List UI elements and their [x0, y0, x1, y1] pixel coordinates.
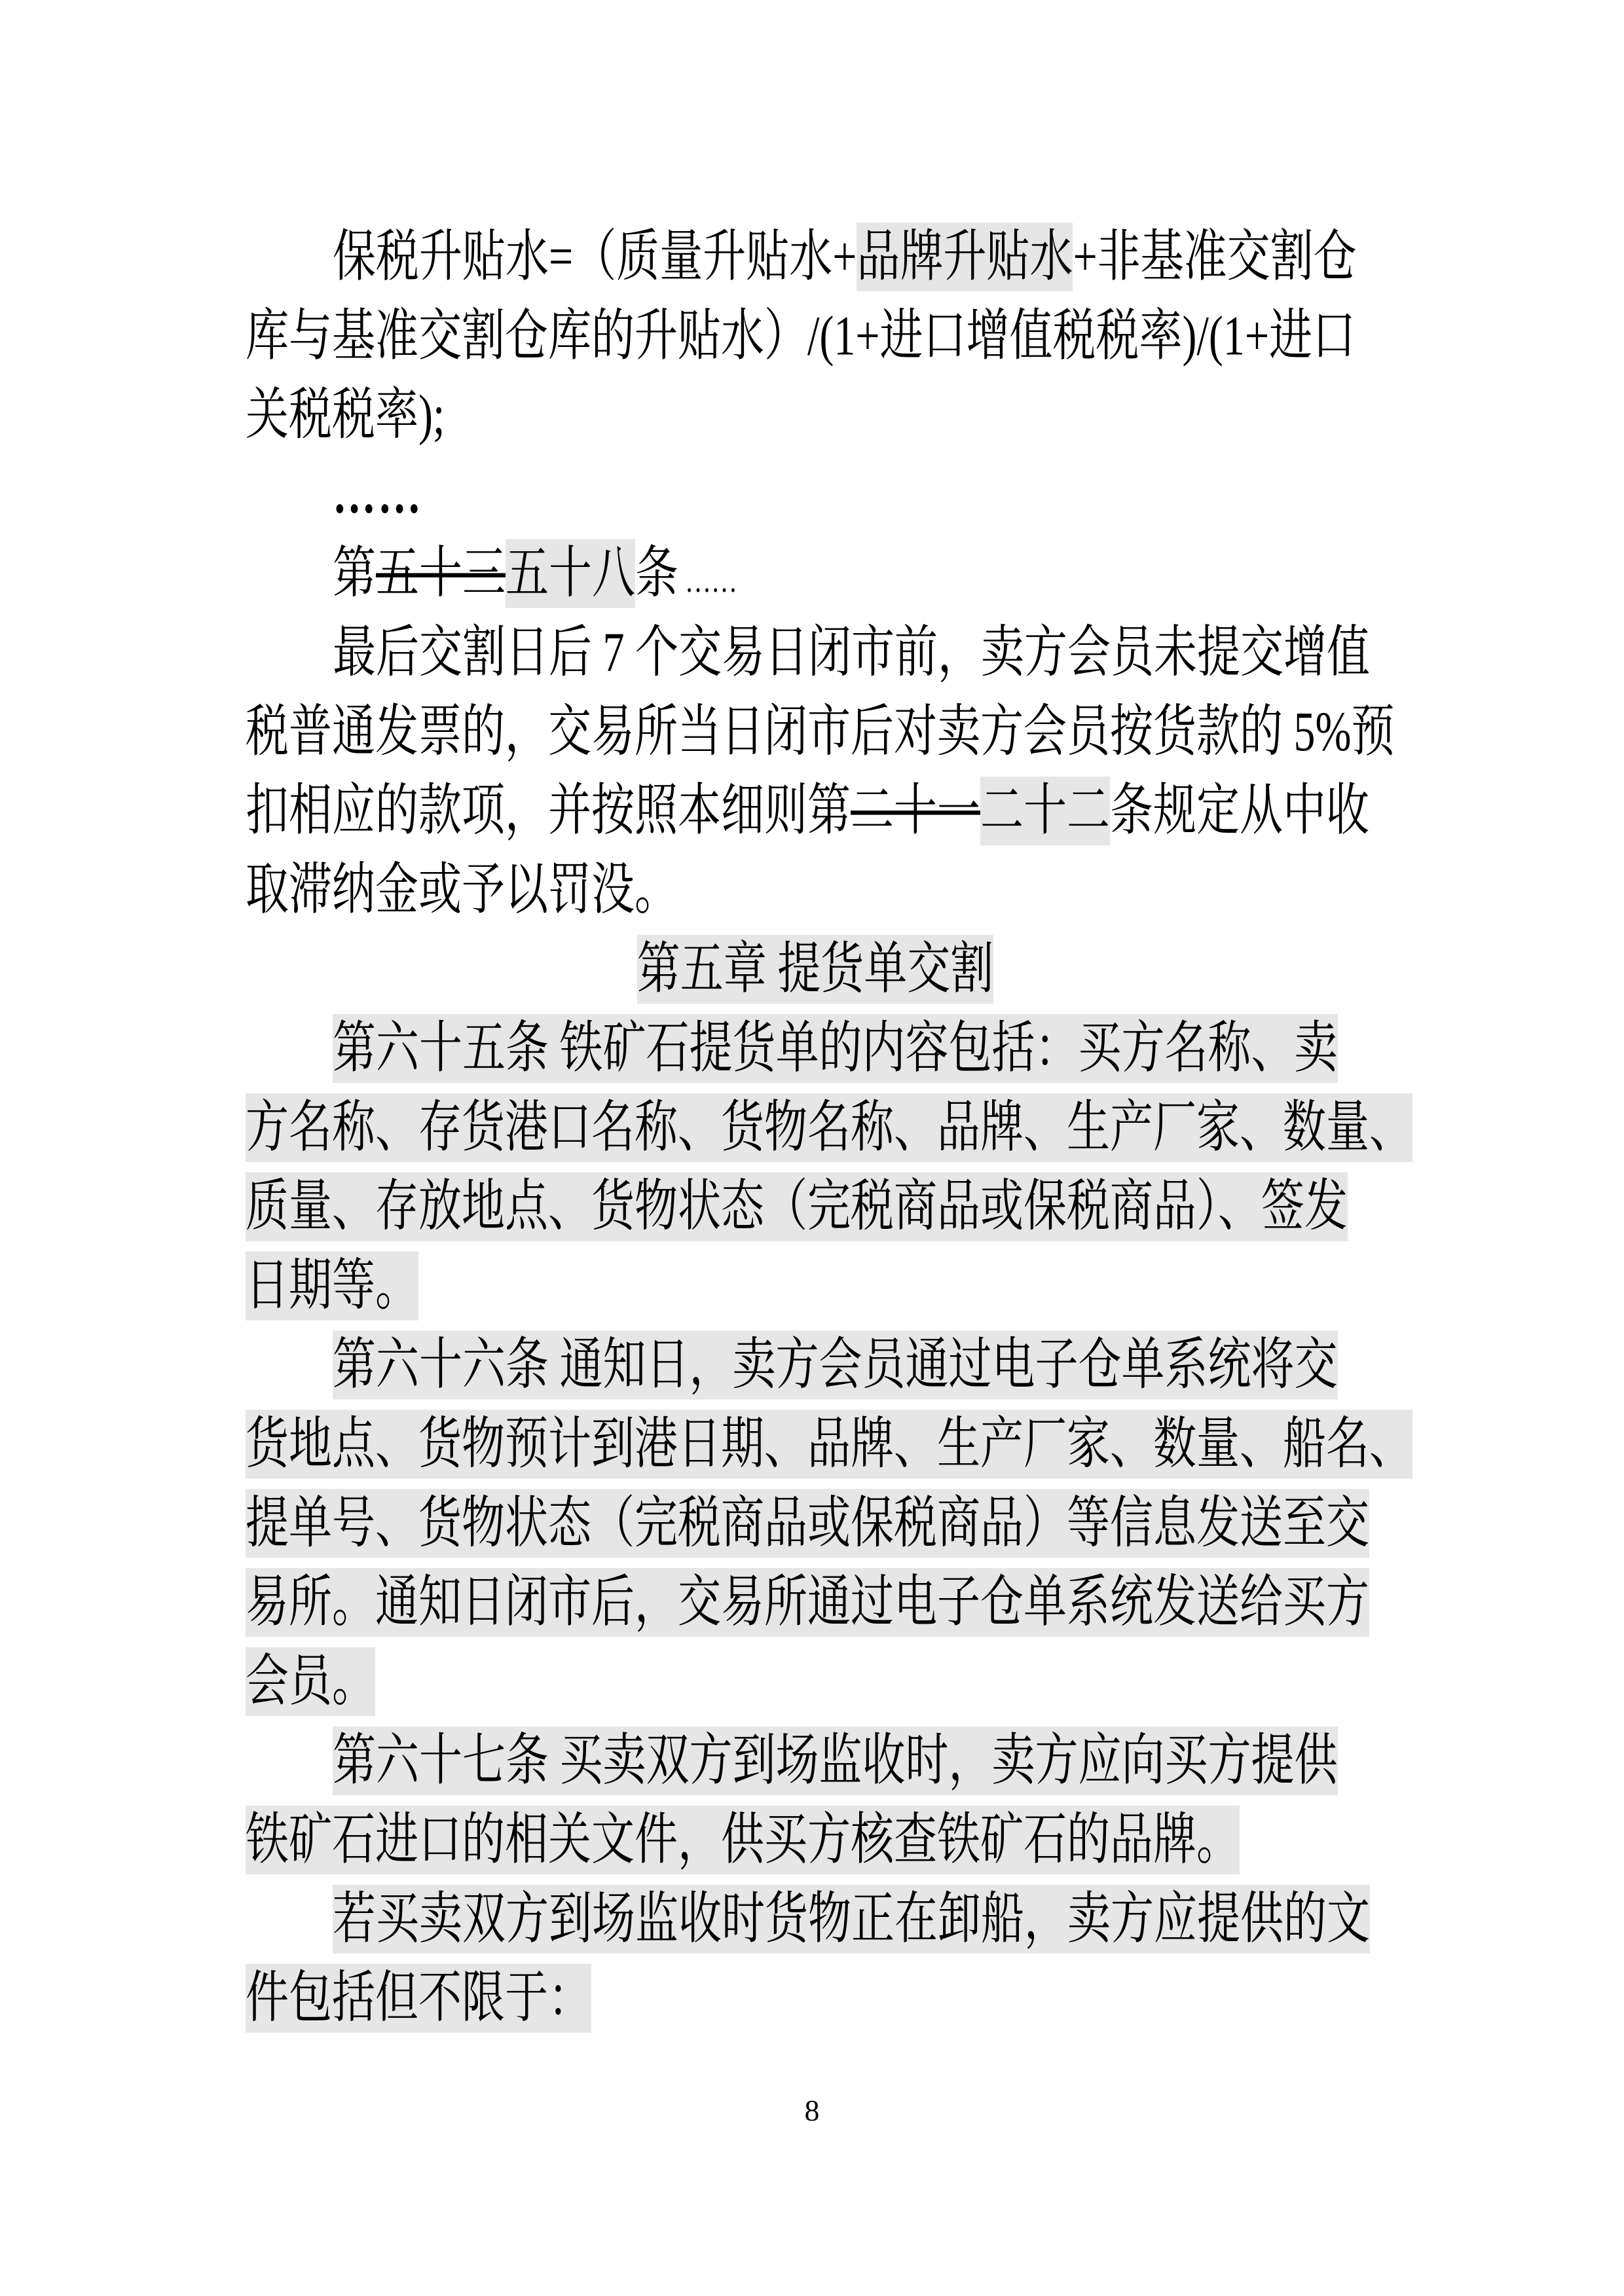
- highlighted-text-run: 第六十五条 铁矿石提货单的内容包括：买方名称、卖: [333, 1014, 1338, 1083]
- document-line: 第五十三五十八条 ……: [246, 534, 1385, 613]
- text-run: +非基准交割仓: [1073, 226, 1356, 288]
- document-line: 提单号、货物状态（完税商品或保税商品）等信息发送至交: [246, 1484, 1385, 1563]
- strikethrough-text-run: 五十三: [376, 543, 506, 605]
- highlighted-text-run: 品牌升贴水: [857, 223, 1073, 291]
- highlighted-text-run: 二十二: [980, 776, 1110, 845]
- highlighted-text-run: 第六十七条 买卖双方到场监收时，卖方应向买方提供: [333, 1726, 1338, 1795]
- highlighted-text-run: 提单号、货物状态（完税商品或保税商品）等信息发送至交: [246, 1489, 1369, 1558]
- document-line: 第六十七条 买卖双方到场监收时，卖方应向买方提供: [246, 1721, 1385, 1800]
- ellipsis-text-run: ……: [333, 464, 423, 526]
- highlighted-text-run: 第六十六条 通知日，卖方会员通过电子仓单系统将交: [333, 1330, 1338, 1399]
- highlighted-text-run: 若买卖双方到场监收时货物正在卸船，卖方应提供的文: [333, 1885, 1370, 1954]
- document-line: 会员。: [246, 1642, 1385, 1721]
- document-line: 最后交割日后 7 个交易日闭市前，卖方会员未提交增值: [246, 613, 1385, 693]
- highlighted-text-run: 易所。通知日闭市后，交易所通过电子仓单系统发送给买方: [246, 1568, 1369, 1637]
- highlighted-text-run: 件包括但不限于：: [246, 1964, 591, 2033]
- highlighted-text-run: 日期等。: [246, 1252, 418, 1321]
- document-line: 若买卖双方到场监收时货物正在卸船，卖方应提供的文: [246, 1880, 1385, 1959]
- document-line: 货地点、货物预计到港日期、品牌、生产厂家、数量、船名、: [246, 1405, 1385, 1484]
- document-line: 易所。通知日闭市后，交易所通过电子仓单系统发送给买方: [246, 1563, 1385, 1642]
- highlighted-text-run: 五十八: [506, 539, 635, 608]
- text-run: 扣相应的款项，并按照本细则第: [246, 780, 851, 842]
- document-line: 库与基准交割仓库的升贴水）/(1+进口增值税税率)/(1+进口: [246, 297, 1385, 376]
- highlighted-text-run: 质量、存放地点、货物状态（完税商品或保税商品）、签发: [246, 1173, 1348, 1241]
- text-run: 条规定从中收: [1110, 780, 1369, 842]
- document-body: 保税升贴水=（质量升贴水+品牌升贴水+非基准交割仓 库与基准交割仓库的升贴水）/…: [246, 217, 1385, 2038]
- page-number: 8: [0, 2094, 1624, 2128]
- text-run: 税普通发票的，交易所当日闭市后对卖方会员按货款的 5%预: [246, 701, 1394, 763]
- chapter-heading: 第五章 提货单交割: [246, 930, 1385, 1009]
- text-run: 关税税率);: [246, 384, 445, 446]
- document-line: 方名称、存货港口名称、货物名称、品牌、生产厂家、数量、: [246, 1088, 1385, 1167]
- document-line: 日期等。: [246, 1247, 1385, 1326]
- document-line: 铁矿石进口的相关文件，供买方核查铁矿石的品牌。: [246, 1800, 1385, 1880]
- text-run: 保税升贴水=（质量升贴水+: [333, 226, 857, 288]
- text-run: 最后交割日后 7 个交易日闭市前，卖方会员未提交增值: [333, 622, 1370, 684]
- document-line: 第六十五条 铁矿石提货单的内容包括：买方名称、卖: [246, 1009, 1385, 1088]
- document-line: ……: [246, 455, 1385, 534]
- highlighted-text-run: 货地点、货物预计到港日期、品牌、生产厂家、数量、船名、: [246, 1410, 1412, 1478]
- highlighted-text-run: 方名称、存货港口名称、货物名称、品牌、生产厂家、数量、: [246, 1093, 1412, 1162]
- highlighted-text-run: 铁矿石进口的相关文件，供买方核查铁矿石的品牌。: [246, 1806, 1240, 1874]
- document-line: 税普通发票的，交易所当日闭市后对卖方会员按货款的 5%预: [246, 692, 1385, 771]
- document-line: 关税税率);: [246, 376, 1385, 455]
- text-run: 第: [333, 543, 376, 605]
- document-line: 件包括但不限于：: [246, 1959, 1385, 2038]
- highlighted-text-run: 会员。: [246, 1647, 375, 1716]
- highlighted-text-run: 第五章 提货单交割: [637, 935, 994, 1004]
- text-run: 库与基准交割仓库的升贴水）/(1+进口增值税税率)/(1+进口: [246, 305, 1356, 367]
- document-line: 保税升贴水=（质量升贴水+品牌升贴水+非基准交割仓: [246, 217, 1385, 297]
- text-run: 取滞纳金或予以罚没。: [246, 859, 678, 921]
- document-line: 取滞纳金或予以罚没。: [246, 850, 1385, 930]
- ellipsis-text-run: ……: [678, 561, 737, 600]
- document-page: 保税升贴水=（质量升贴水+品牌升贴水+非基准交割仓 库与基准交割仓库的升贴水）/…: [0, 0, 1624, 2296]
- strikethrough-text-run: 二十一: [851, 780, 980, 842]
- document-line: 扣相应的款项，并按照本细则第二十一二十二条规定从中收: [246, 771, 1385, 850]
- document-line: 第六十六条 通知日，卖方会员通过电子仓单系统将交: [246, 1326, 1385, 1405]
- text-run: 条: [635, 543, 678, 605]
- document-line: 质量、存放地点、货物状态（完税商品或保税商品）、签发: [246, 1167, 1385, 1247]
